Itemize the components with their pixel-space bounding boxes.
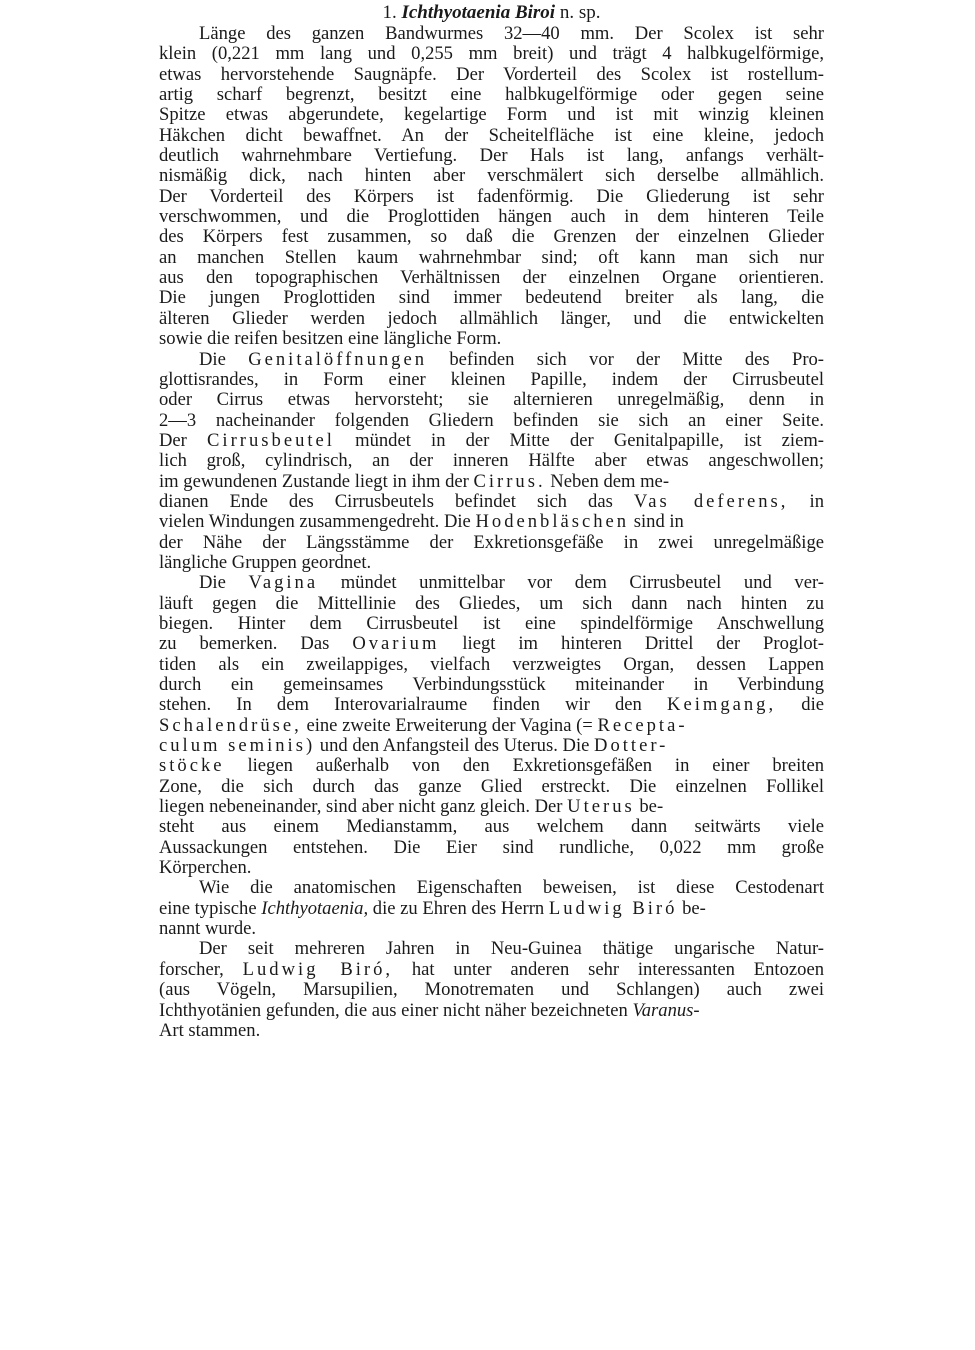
text-line: Art stammen.: [159, 1021, 824, 1041]
text-line: tiden als ein zweilappiges, vielfach ver…: [159, 655, 824, 675]
text-run: Die: [199, 349, 226, 370]
paragraph-3: Die Vagina mündet unmittelbar vor dem Ci…: [159, 573, 824, 878]
text-run: dianen Ende des Cirrusbeutels befindet s…: [159, 491, 613, 512]
text-line: lich groß, cylindrisch, an der inneren H…: [159, 451, 824, 471]
text-run: die zu Ehren des Herrn: [373, 898, 544, 919]
italic-term: Varanus-: [632, 1000, 699, 1021]
text-line: (aus Vögeln, Marsupilien, Monotrematen u…: [159, 980, 824, 1000]
text-run: Die: [199, 572, 226, 593]
spaced-term: Ovarium: [352, 633, 439, 654]
text-line: Die jungen Proglottiden sind immer bedeu…: [159, 288, 824, 308]
paragraph-2: Die Genitalöffnungen befinden sich vor d…: [159, 350, 824, 574]
paragraph-1: Länge des ganzen Bandwurmes 32—40 mm. De…: [159, 24, 824, 350]
text-line: Wie die anatomischen Eigenschaften bewei…: [159, 878, 824, 898]
text-line: Zone, die sich durch das ganze Glied ers…: [159, 777, 824, 797]
text-line: der Nähe der Längsstämme der Exkretionsg…: [159, 533, 824, 553]
text-line: klein (0,221 mm lang und 0,255 mm breit)…: [159, 44, 824, 64]
text-line: läuft gegen die Mittellinie des Gliedes,…: [159, 594, 824, 614]
text-line: forscher, Ludwig Biró, hat unter anderen…: [159, 960, 824, 980]
text-line: Spitze etwas abgerundete, kegelartige Fo…: [159, 105, 824, 125]
text-line: stöcke liegen außerhalb von den Exkretio…: [159, 756, 824, 776]
text-run: vielen Windungen zusammengedreht. Die: [159, 511, 471, 532]
spaced-term: Ludwig Biró,: [243, 959, 393, 980]
text-run: stehen. In dem Interovarialraume finden …: [159, 694, 642, 715]
title-number: 1.: [382, 2, 396, 23]
text-line: eine typische Ichthyotaenia, die zu Ehre…: [159, 899, 824, 919]
text-line: Schalendrüse, eine zweite Erweiterung de…: [159, 716, 824, 736]
spaced-term: Cirrus.: [473, 471, 545, 492]
italic-term: Ichthyotaenia,: [261, 898, 368, 919]
title-suffix: n. sp.: [560, 2, 601, 23]
text-line: Ichthyotänien gefunden, die aus einer ni…: [159, 1001, 824, 1021]
text-run: liegt im hinteren Drittel der Proglot-: [462, 633, 824, 654]
text-run: Der: [159, 430, 187, 451]
spaced-term: culum seminis): [159, 735, 315, 756]
text-run: Ichthyotänien gefunden, die aus einer ni…: [159, 1000, 628, 1021]
text-run: mündet unmittelbar vor dem Cirrusbeutel …: [341, 572, 824, 593]
text-line: des Körpers fest zusammen, so daß die Gr…: [159, 227, 824, 247]
text-line: artig scharf begrenzt, besitzt eine halb…: [159, 85, 824, 105]
text-line: an manchen Stellen kaum wahrnehmbar sind…: [159, 248, 824, 268]
text-line: durch ein gemeinsames Verbindungsstück m…: [159, 675, 824, 695]
text-line: Körperchen.: [159, 858, 824, 878]
text-line: stehen. In dem Interovarialraume finden …: [159, 695, 824, 715]
text-run: befinden sich vor der Mitte des Pro-: [449, 349, 824, 370]
text-line: vielen Windungen zusammengedreht. Die Ho…: [159, 512, 824, 532]
text-line: biegen. Hinter dem Cirrusbeutel ist eine…: [159, 614, 824, 634]
spaced-term: Dotter-: [594, 735, 668, 756]
text-run: Neben dem me-: [550, 471, 669, 492]
text-line: 2—3 nacheinander folgenden Gliedern befi…: [159, 411, 824, 431]
text-run: zu bemerken. Das: [159, 633, 329, 654]
text-line: sowie die reifen besitzen eine längliche…: [159, 329, 824, 349]
text-line: Die Vagina mündet unmittelbar vor dem Ci…: [159, 573, 824, 593]
document-page: 1. Ichthyotaenia Biroi n. sp. Länge des …: [159, 2, 824, 1041]
text-line: Der Vorderteil des Körpers ist fadenförm…: [159, 187, 824, 207]
text-line: Aussackungen entstehen. Die Eier sind ru…: [159, 838, 824, 858]
title-species: Ichthyotaenia Biroi: [401, 2, 555, 23]
spaced-term: Vagina: [248, 572, 318, 593]
text-run: be-: [682, 898, 706, 919]
text-line: Häkchen dicht bewaffnet. An der Scheitel…: [159, 126, 824, 146]
text-run: liegen außerhalb von den Exkretionsgefäß…: [247, 755, 824, 776]
paragraph-5: Der seit mehreren Jahren in Neu-Guinea t…: [159, 939, 824, 1041]
text-line: liegen nebeneinander, sind aber nicht ga…: [159, 797, 824, 817]
spaced-term: Cirrusbeutel: [207, 430, 335, 451]
text-run: be-: [639, 796, 663, 817]
text-run: hat unter anderen sehr interessanten Ent…: [412, 959, 824, 980]
text-line: aus den topographischen Verhältnissen de…: [159, 268, 824, 288]
text-line: nannt wurde.: [159, 919, 824, 939]
text-run: eine typische: [159, 898, 257, 919]
text-run: in: [810, 491, 824, 512]
text-line: Die Genitalöffnungen befinden sich vor d…: [159, 350, 824, 370]
text-line: glottisrandes, in Form einer kleinen Pap…: [159, 370, 824, 390]
spaced-term: Hodenbläschen: [475, 511, 629, 532]
text-line: verschwommen, und die Proglottiden hänge…: [159, 207, 824, 227]
text-run: liegen nebeneinander, sind aber nicht ga…: [159, 796, 563, 817]
text-line: oder Cirrus etwas hervorsteht; sie alter…: [159, 390, 824, 410]
text-line: längliche Gruppen geordnet.: [159, 553, 824, 573]
spaced-term: Uterus: [567, 796, 635, 817]
text-run: mündet in der Mitte der Genitalpapille, …: [355, 430, 824, 451]
text-line: steht aus einem Medianstamm, aus welchem…: [159, 817, 824, 837]
spaced-term: Genitalöffnungen: [248, 349, 427, 370]
text-line: Der seit mehreren Jahren in Neu-Guinea t…: [159, 939, 824, 959]
text-line: etwas hervorstehende Saugnäpfe. Der Vord…: [159, 65, 824, 85]
text-run: und den Anfangsteil des Uterus. Die: [320, 735, 590, 756]
spaced-term: Recepta-: [597, 715, 687, 736]
text-line: nismäßig dick, nach hinten aber verschmä…: [159, 166, 824, 186]
spaced-term: Vas deferens,: [634, 491, 789, 512]
paragraph-4: Wie die anatomischen Eigenschaften bewei…: [159, 878, 824, 939]
spaced-term: Keimgang,: [667, 694, 776, 715]
section-title: 1. Ichthyotaenia Biroi n. sp.: [159, 2, 824, 24]
text-line: älteren Glieder werden jedoch allmählich…: [159, 309, 824, 329]
spaced-term: Ludwig Biró: [549, 898, 678, 919]
spaced-term: stöcke: [159, 755, 225, 776]
spaced-term: Schalendrüse,: [159, 715, 302, 736]
text-run: die: [801, 694, 824, 715]
text-line: Länge des ganzen Bandwurmes 32—40 mm. De…: [159, 24, 824, 44]
text-line: deutlich wahrnehmbare Vertiefung. Der Ha…: [159, 146, 824, 166]
text-line: zu bemerken. Das Ovarium liegt im hinter…: [159, 634, 824, 654]
text-run: eine zweite Erweiterung der Vagina (=: [306, 715, 592, 736]
text-line: im gewundenen Zustande liegt in ihm der …: [159, 472, 824, 492]
text-line: dianen Ende des Cirrusbeutels befindet s…: [159, 492, 824, 512]
text-run: sind in: [634, 511, 684, 532]
text-run: im gewundenen Zustande liegt in ihm der: [159, 471, 469, 492]
text-line: culum seminis) und den Anfangsteil des U…: [159, 736, 824, 756]
text-line: Der Cirrusbeutel mündet in der Mitte der…: [159, 431, 824, 451]
text-run: forscher,: [159, 959, 224, 980]
